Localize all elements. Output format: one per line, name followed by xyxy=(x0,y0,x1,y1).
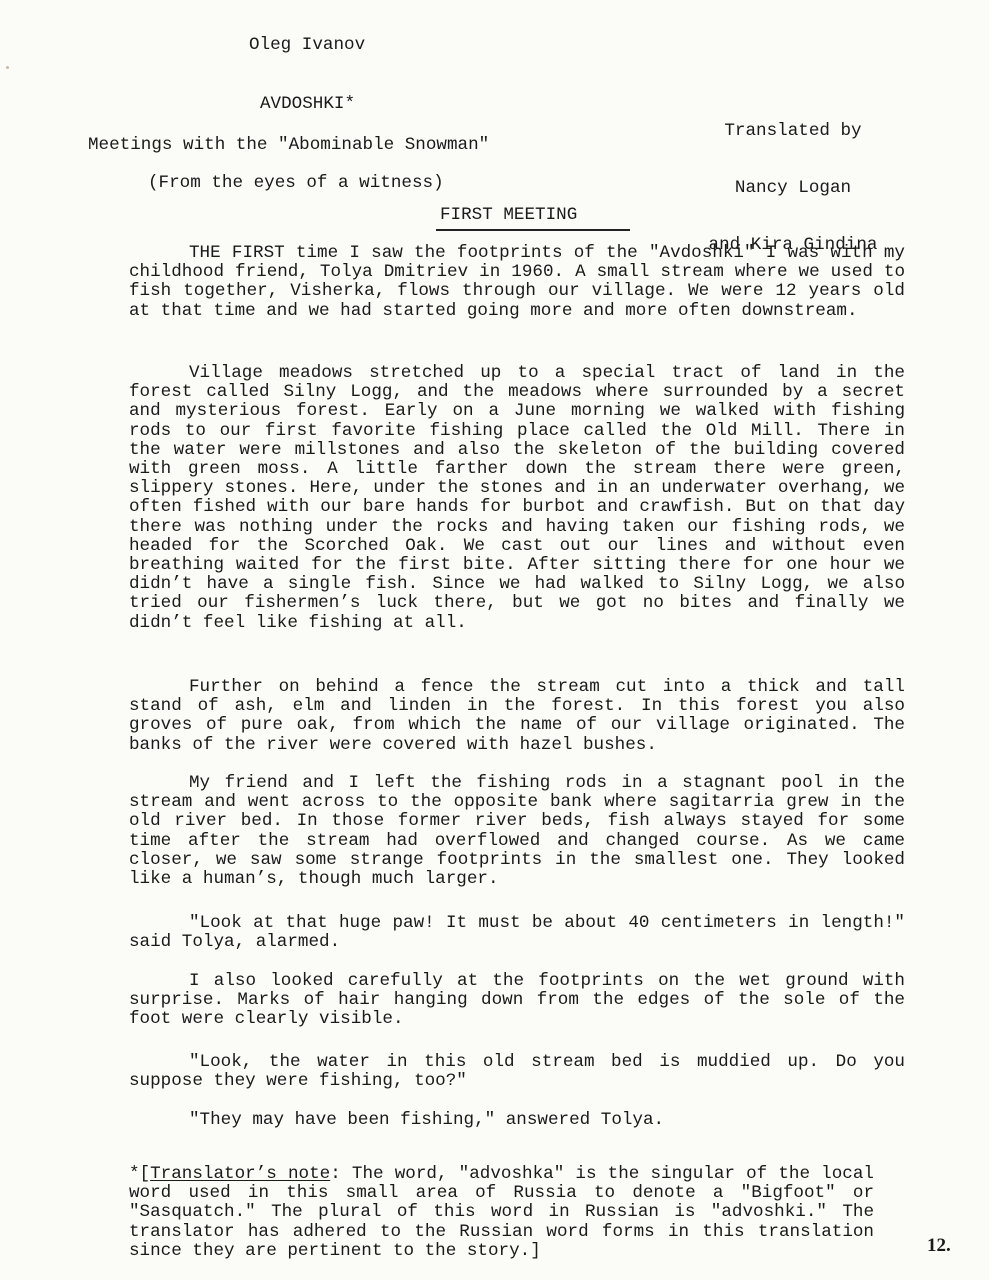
paragraph: Village meadows stretched up to a specia… xyxy=(129,364,905,633)
author-name: Oleg Ivanov xyxy=(249,35,365,55)
paragraph: My friend and I left the fishing rods in… xyxy=(129,774,905,889)
paragraph: I also looked carefully at the footprint… xyxy=(129,972,905,1030)
paragraph: Further on behind a fence the stream cut… xyxy=(129,678,905,755)
paragraph-text: "Look, the water in this old stream bed … xyxy=(129,1053,905,1091)
paragraph-text: My friend and I left the fishing rods in… xyxy=(129,774,905,889)
section-heading: FIRST MEETING xyxy=(440,205,577,225)
paragraph-text: I also looked carefully at the footprint… xyxy=(129,972,905,1030)
footnote-prefix: *[ xyxy=(129,1164,150,1184)
paragraph-text: THE FIRST time I saw the footprints of t… xyxy=(129,244,905,321)
paragraph-text: "Look at that huge paw! It must be about… xyxy=(129,914,905,952)
translator-credit-line: Nancy Logan xyxy=(703,179,883,198)
paragraph-text: "They may have been fishing," answered T… xyxy=(129,1111,905,1130)
paragraph-text: Further on behind a fence the stream cut… xyxy=(129,678,905,755)
document-subtitle: Meetings with the "Abominable Snowman" xyxy=(88,135,489,155)
translator-footnote: *[Translator’s note: The word, "advoshka… xyxy=(129,1165,874,1261)
scan-speck xyxy=(6,66,9,69)
footnote-label: Translator’s note xyxy=(150,1164,330,1184)
paragraph: "Look, the water in this old stream bed … xyxy=(129,1053,905,1091)
page-number: 12. xyxy=(927,1235,951,1257)
paragraph: THE FIRST time I saw the footprints of t… xyxy=(129,244,905,321)
paragraph: "They may have been fishing," answered T… xyxy=(129,1111,905,1130)
translator-credit-line: Translated by xyxy=(703,122,883,141)
paragraph-text: Village meadows stretched up to a specia… xyxy=(129,364,905,633)
paragraph: "Look at that huge paw! It must be about… xyxy=(129,914,905,952)
document-title: AVDOSHKI* xyxy=(260,94,355,114)
section-heading-underline xyxy=(436,229,630,231)
document-subtitle-2: (From the eyes of a witness) xyxy=(148,173,444,193)
document-page: Oleg Ivanov AVDOSHKI* Translated by Nanc… xyxy=(0,0,989,1280)
